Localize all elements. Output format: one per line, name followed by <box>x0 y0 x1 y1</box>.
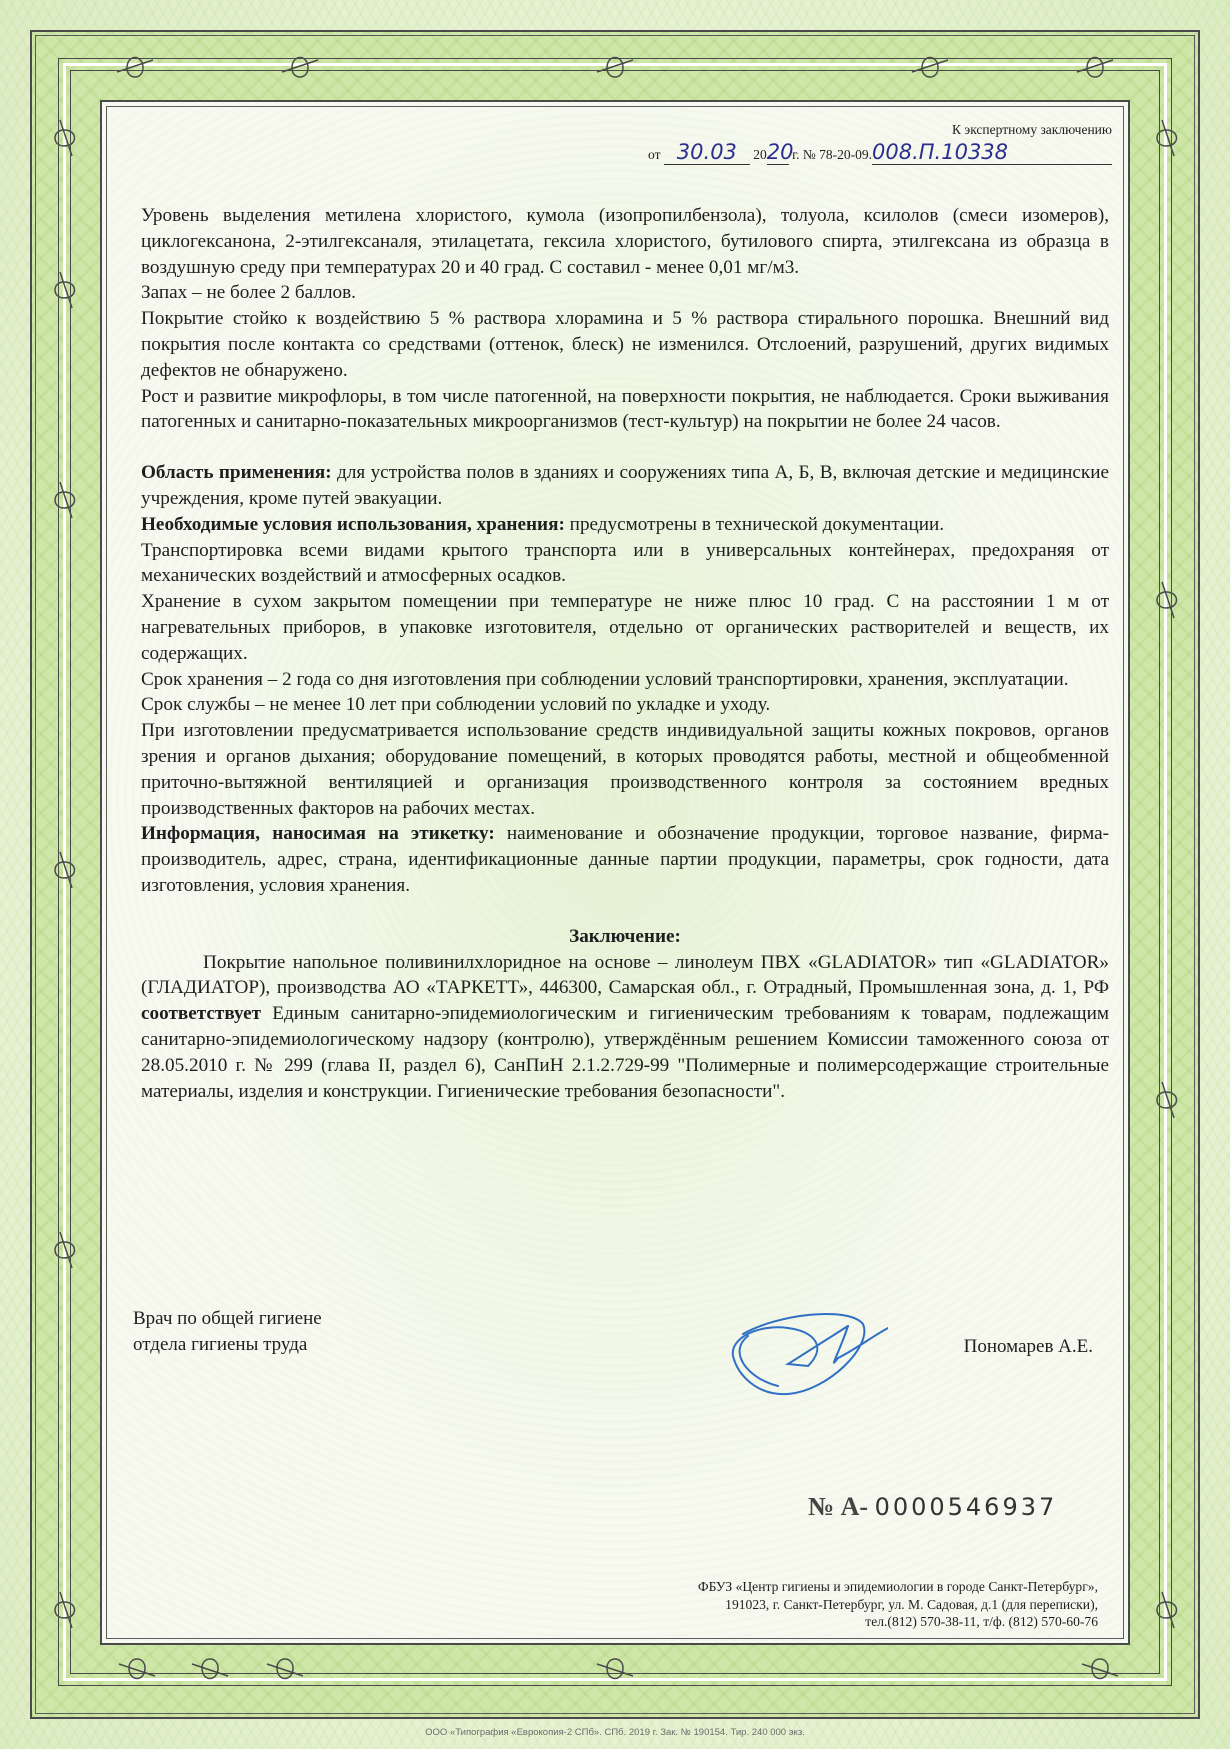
form-serial-number: № А- 0000546937 <box>808 1492 1057 1522</box>
organization-address: 191023, г. Санкт-Петербург, ул. М. Садов… <box>698 1596 1098 1614</box>
organization-name: ФБУЗ «Центр гигиены и эпидемиологии в го… <box>698 1578 1098 1596</box>
handwritten-signature-icon <box>688 1296 888 1416</box>
serial-number: 0000546937 <box>875 1493 1058 1521</box>
paragraph-emissions: Уровень выделения метилена хлористого, к… <box>141 203 1109 280</box>
paragraph-resistance: Покрытие стойко к воздействию 5 % раство… <box>141 306 1109 383</box>
conditions-label: Необходимые условия использования, хране… <box>141 514 565 535</box>
number-prefix: г. № 78-20-09. <box>792 147 872 162</box>
document-body: Уровень выделения метилена хлористого, к… <box>141 203 1109 1104</box>
conclusion-text-after: Единым санитарно-эпидемиологическим и ги… <box>141 1003 1109 1101</box>
reference-label: К экспертному заключению <box>952 122 1112 138</box>
paragraph-conditions: Необходимые условия использования, хране… <box>141 512 1109 538</box>
handwritten-number: 008.П.10338 <box>872 140 1112 165</box>
signatory-role: Врач по общей гигиене отдела гигиены тру… <box>133 1306 322 1358</box>
paragraph-manufacturing-safety: При изготовлении предусматривается испол… <box>141 718 1109 821</box>
paragraph-label-info: Информация, наносимая на этикетку: наиме… <box>141 821 1109 898</box>
serial-prefix: № А- <box>808 1492 868 1521</box>
conclusion-text-before: Покрытие напольное поливинилхлоридное на… <box>141 952 1109 999</box>
paragraph-shelf-life: Срок хранения – 2 года со дня изготовлен… <box>141 667 1109 693</box>
conclusion-title: Заключение: <box>141 924 1109 950</box>
conclusion-text: Покрытие напольное поливинилхлоридное на… <box>141 950 1109 1105</box>
organization-info: ФБУЗ «Центр гигиены и эпидемиологии в го… <box>698 1578 1098 1631</box>
conclusion-verdict: соответствует <box>141 1003 261 1024</box>
organization-phone: тел.(812) 570-38-11, т/ф. (812) 570-60-7… <box>698 1613 1098 1631</box>
reference-number-line: от 30.03 2020 г. № 78-20-09.008.П.10338 <box>552 140 1112 165</box>
paragraph-service-life: Срок службы – не менее 10 лет при соблюд… <box>141 692 1109 718</box>
role-line-1: Врач по общей гигиене <box>133 1306 322 1332</box>
date-prefix: от <box>648 147 660 162</box>
signatory-name: Пономарев А.Е. <box>964 1334 1093 1360</box>
paragraph-transport: Транспортировка всеми видами крытого тра… <box>141 538 1109 590</box>
handwritten-date: 30.03 <box>664 140 750 165</box>
signature-block: Врач по общей гигиене отдела гигиены тру… <box>133 1306 1093 1416</box>
handwritten-year: 20 <box>767 140 789 165</box>
paragraph-scope: Область применения: для устройства полов… <box>141 460 1109 512</box>
label-info-label: Информация, наносимая на этикетку: <box>141 823 495 844</box>
scope-label: Область применения: <box>141 462 332 483</box>
paragraph-microflora: Рост и развитие микрофлоры, в том числе … <box>141 384 1109 436</box>
year-prefix: 20 <box>753 147 767 162</box>
conditions-text: предусмотрены в технической документации… <box>565 514 944 535</box>
paragraph-odor: Запах – не более 2 баллов. <box>141 280 1109 306</box>
role-line-2: отдела гигиены труда <box>133 1332 322 1358</box>
paragraph-storage: Хранение в сухом закрытом помещении при … <box>141 589 1109 666</box>
printer-imprint: ООО «Типография «Еврокопия-2 СПб». СПб. … <box>0 1727 1230 1738</box>
